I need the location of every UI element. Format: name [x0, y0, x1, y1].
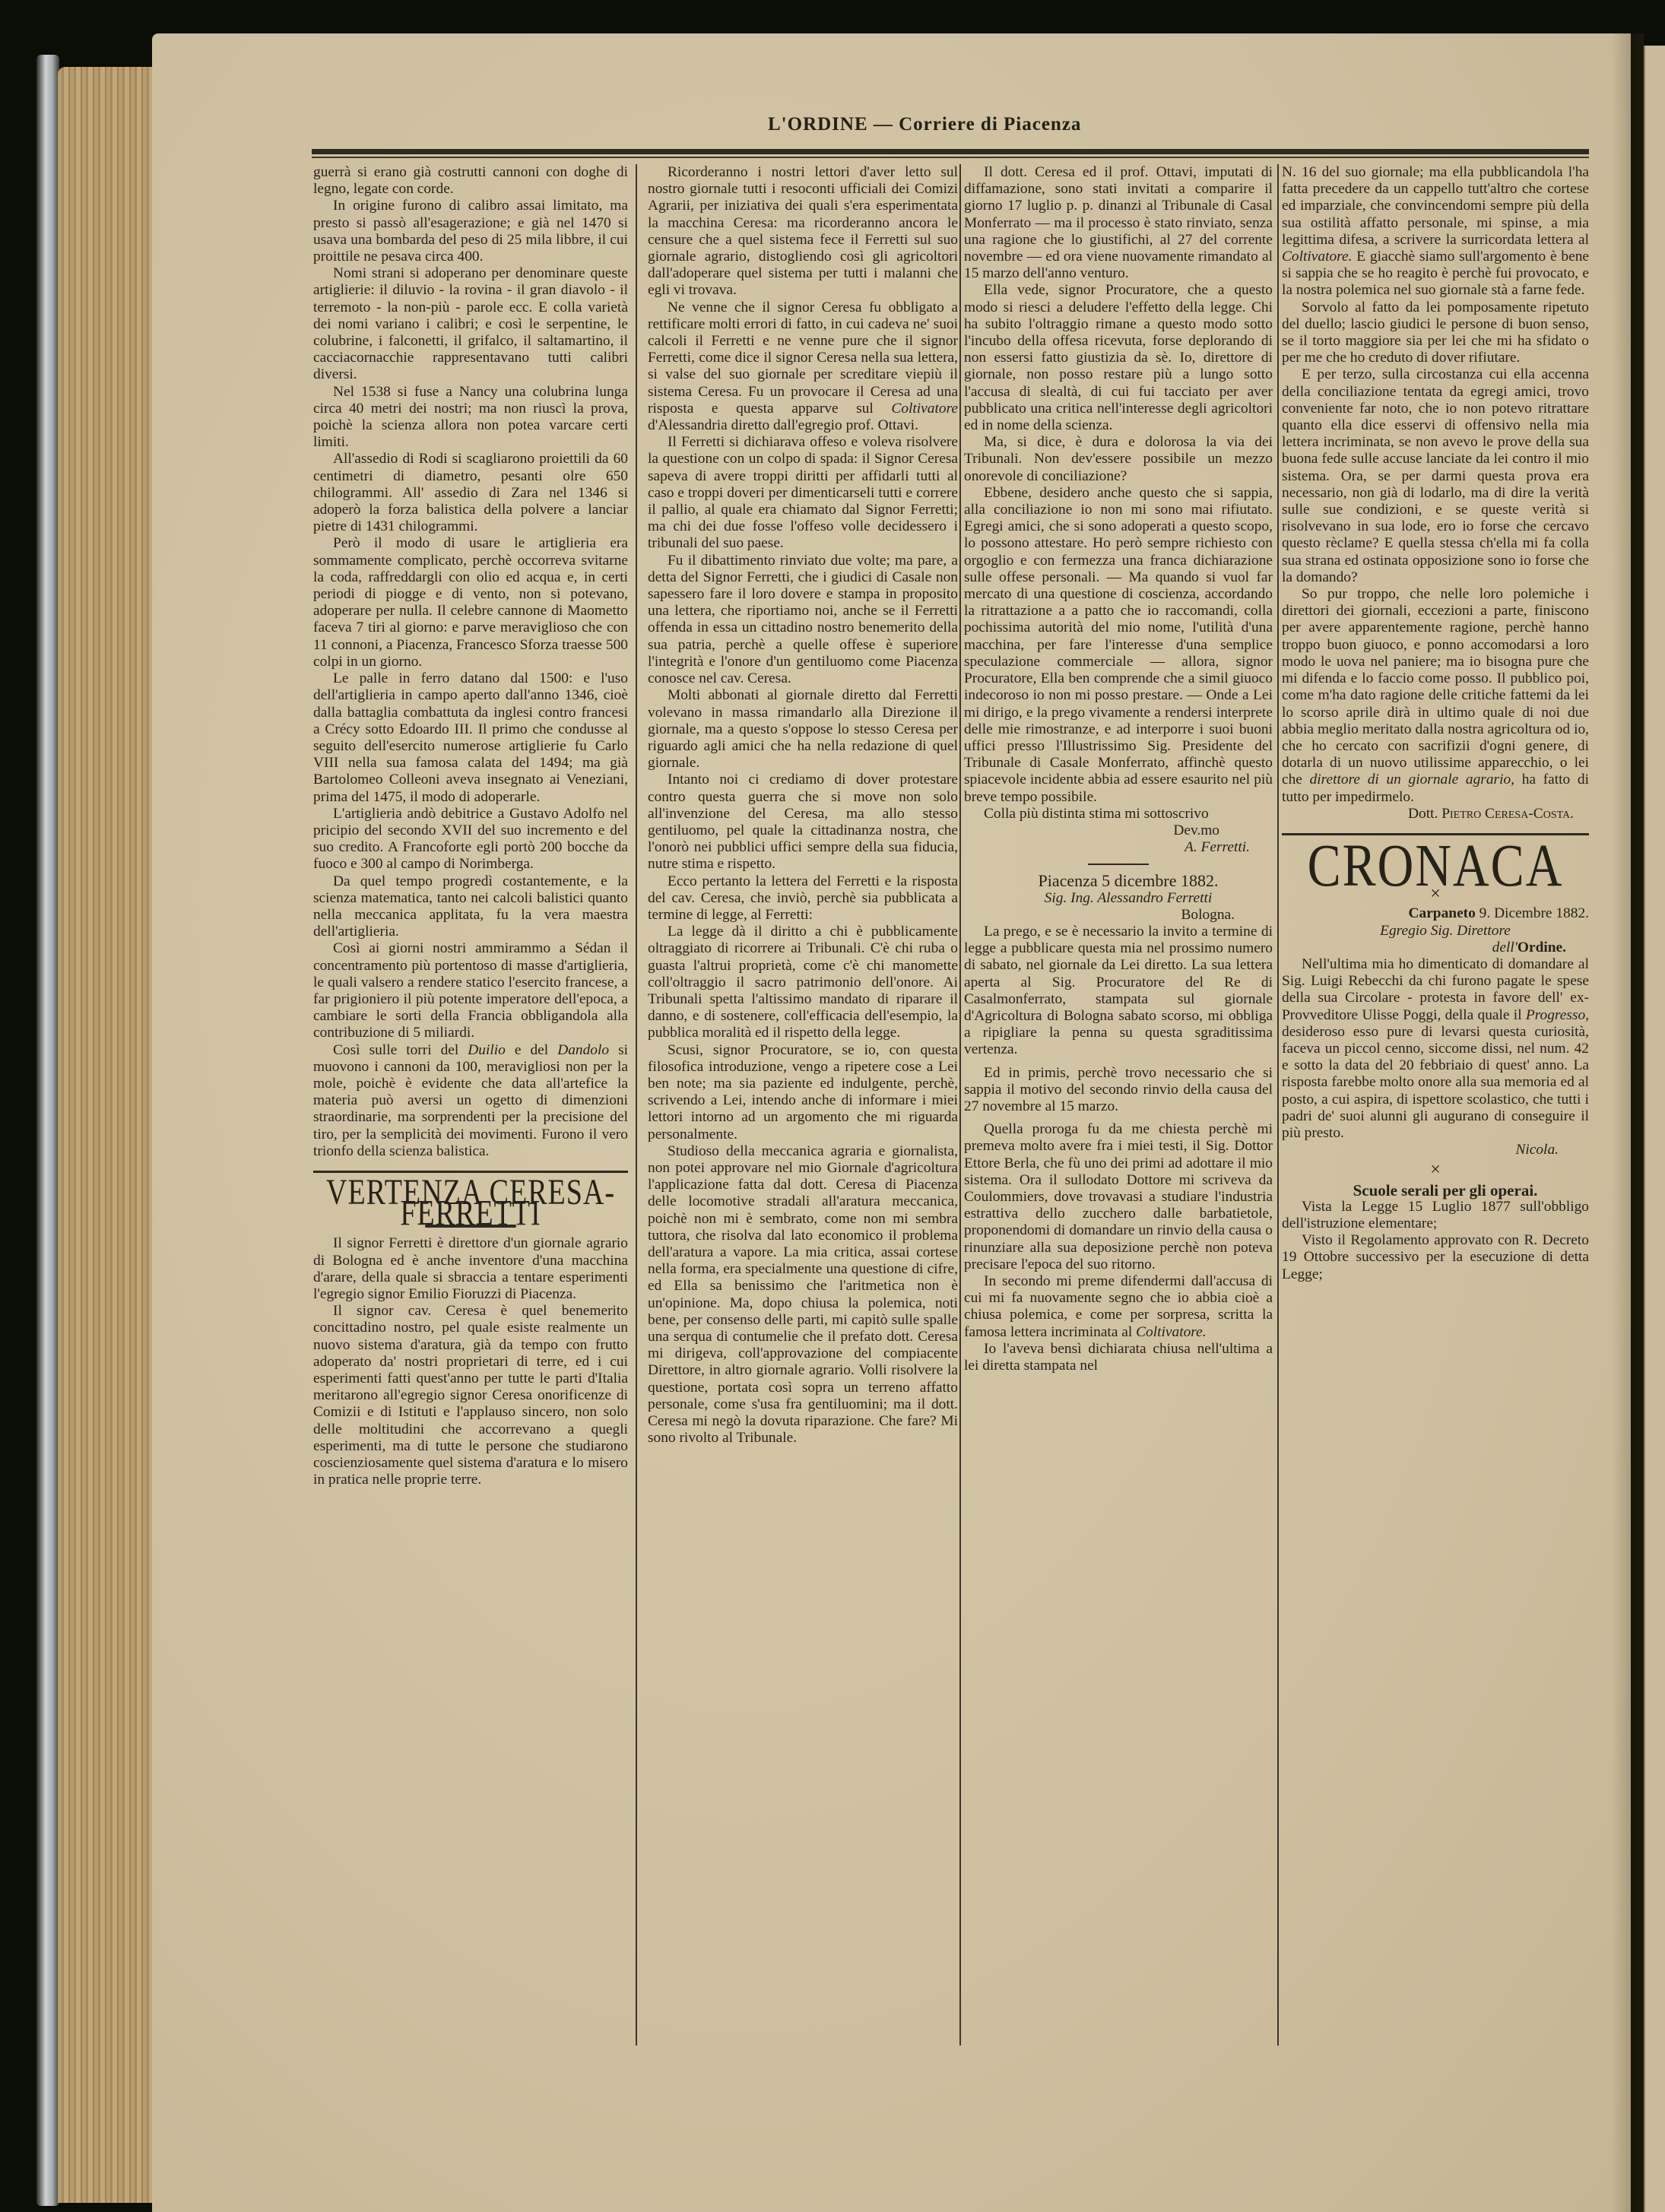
paragraph: Nomi strani si adoperano per denominare … [313, 265, 628, 383]
paragraph: Ella vede, signor Procuratore, che a que… [964, 282, 1273, 434]
column-divider [959, 164, 961, 2046]
newspaper-name: Coltivatore. [1282, 249, 1352, 265]
paragraph: Da quel tempo progredì costantemente, e … [313, 873, 628, 941]
paragraph: All'assedio di Rodi si scagliarono proie… [313, 451, 628, 535]
header-rule-thin [312, 157, 1589, 158]
column-divider [1277, 164, 1279, 2046]
newspaper-name: Coltivatore [891, 401, 958, 417]
facing-page-edge [1644, 46, 1665, 2212]
paragraph: Visto il Regolamento approvato con R. De… [1282, 1232, 1589, 1283]
paragraph: Quella proroga fu da me chiesta perchè m… [964, 1121, 1273, 1273]
column-3: Il dott. Ceresa ed il prof. Ottavi, impu… [964, 164, 1273, 1374]
ship-name: Dandolo [557, 1042, 609, 1058]
column-1: guerrà si erano già costrutti cannoni co… [313, 164, 628, 1488]
dispatch-dateline: Carpaneto 9. Dicembre 1882. [1282, 905, 1589, 922]
ship-name: Duilio [468, 1042, 506, 1058]
paragraph: Il dott. Ceresa ed il prof. Ottavi, impu… [964, 164, 1273, 282]
paragraph: Ed in primis, perchè trovo necessario ch… [964, 1065, 1273, 1116]
paragraph: Ecco pertanto la lettera del Ferretti e … [648, 873, 958, 924]
paragraph: So pur troppo, che nelle loro polemiche … [1282, 586, 1589, 806]
signature: Dott. Pietro Ceresa-Costa. [1282, 806, 1589, 822]
paragraph: Però il modo di usare le artiglieria era… [313, 535, 628, 670]
paragraph: E per terzo, sulla circostanza cui ella … [1282, 366, 1589, 586]
paragraph: Ricorderanno i nostri lettori d'aver let… [648, 164, 958, 299]
column-divider [636, 164, 637, 2046]
paragraph: Ma, si dice, è dura e dolorosa la via de… [964, 434, 1273, 485]
column-2: Ricorderanno i nostri lettori d'aver let… [648, 164, 958, 1447]
paragraph: Il Ferretti si dichiarava offeso e volev… [648, 434, 958, 552]
paragraph: Studioso della meccanica agraria e giorn… [648, 1143, 958, 1447]
paragraph: Così ai giorni nostri ammirammo a Sédan … [313, 940, 628, 1041]
book-page-edges [58, 67, 157, 2203]
running-header: L'ORDINE — Corriere di Piacenza [768, 114, 1081, 135]
addressee: Sig. Ing. Alessandro Ferretti [964, 890, 1273, 907]
paragraph: Molti abbonati al giornale diretto dal F… [648, 687, 958, 772]
paragraph: Sorvolo al fatto da lei pomposamente rip… [1282, 299, 1589, 367]
paragraph: Fu il dibattimento rinviato due volte; m… [648, 553, 958, 688]
section-title: CRONACA [1282, 857, 1589, 877]
cross-ornament-icon: × [1282, 1161, 1589, 1178]
closing: Dev.mo [964, 822, 1273, 839]
signature: Nicola. [1282, 1142, 1589, 1158]
gutter-shadow [1612, 33, 1644, 2212]
paragraph: In origine furono di calibro assai limit… [313, 198, 628, 265]
signature: A. Ferretti. [964, 839, 1273, 856]
paragraph: La legge dà il diritto a chi è pubblicam… [648, 924, 958, 1041]
dateline: Piacenza 5 dicembre 1882. [964, 873, 1273, 889]
book-binding [36, 55, 59, 2206]
paragraph: Le palle in ferro datano dal 1500: e l'u… [313, 670, 628, 806]
short-rule [1088, 864, 1149, 865]
subsection-heading: Scuole serali per gli operai. [1282, 1182, 1589, 1199]
paragraph: guerrà si erano già costrutti cannoni co… [313, 164, 628, 198]
paragraph: Intanto noi ci crediamo di dover protest… [648, 772, 958, 873]
header-rule [312, 149, 1589, 154]
newspaper-name: Coltivatore. [1136, 1324, 1206, 1340]
paragraph: Così sulle torri del Duilio e del Dandol… [313, 1042, 628, 1160]
paragraph: Ebbene, desidero anche questo che si sap… [964, 485, 1273, 806]
paragraph: Io l'aveva bensì dichiarata chiusa nell'… [964, 1341, 1273, 1374]
paragraph: In secondo mi preme difendermi dall'accu… [964, 1273, 1273, 1341]
paragraph: Vista la Legge 15 Luglio 1877 sull'obbli… [1282, 1199, 1589, 1232]
paragraph: Ne venne che il signor Ceresa fu obbliga… [648, 299, 958, 435]
paragraph: L'artiglieria andò debitrice a Gustavo A… [313, 806, 628, 873]
article-headline: VERTENZA CERESA-FERRETTI [313, 1182, 628, 1225]
paragraph: La prego, e se è necessario la invito a … [964, 924, 1273, 1059]
salutation-newspaper: dell'Ordine. [1282, 940, 1589, 956]
newspaper-name: Progresso, [1526, 1007, 1589, 1023]
paragraph: Scusi, signor Procuratore, se io, con qu… [648, 1042, 958, 1143]
paragraph: Il signor Ferretti è direttore d'un gior… [313, 1235, 628, 1303]
addressee-city: Bologna. [964, 907, 1273, 924]
paragraph: Nell'ultima mia ho dimenticato di domand… [1282, 956, 1589, 1142]
paragraph: Colla più distinta stima mi sottoscrivo [964, 806, 1273, 822]
paragraph: Nel 1538 si fuse a Nancy una colubrina l… [313, 384, 628, 452]
column-4: N. 16 del suo giornale; ma ella pubblica… [1282, 164, 1589, 1283]
paragraph: Il signor cav. Ceresa è quel benemerito … [313, 1303, 628, 1488]
salutation: Egregio Sig. Direttore [1282, 923, 1589, 940]
paragraph: N. 16 del suo giornale; ma ella pubblica… [1282, 164, 1589, 299]
